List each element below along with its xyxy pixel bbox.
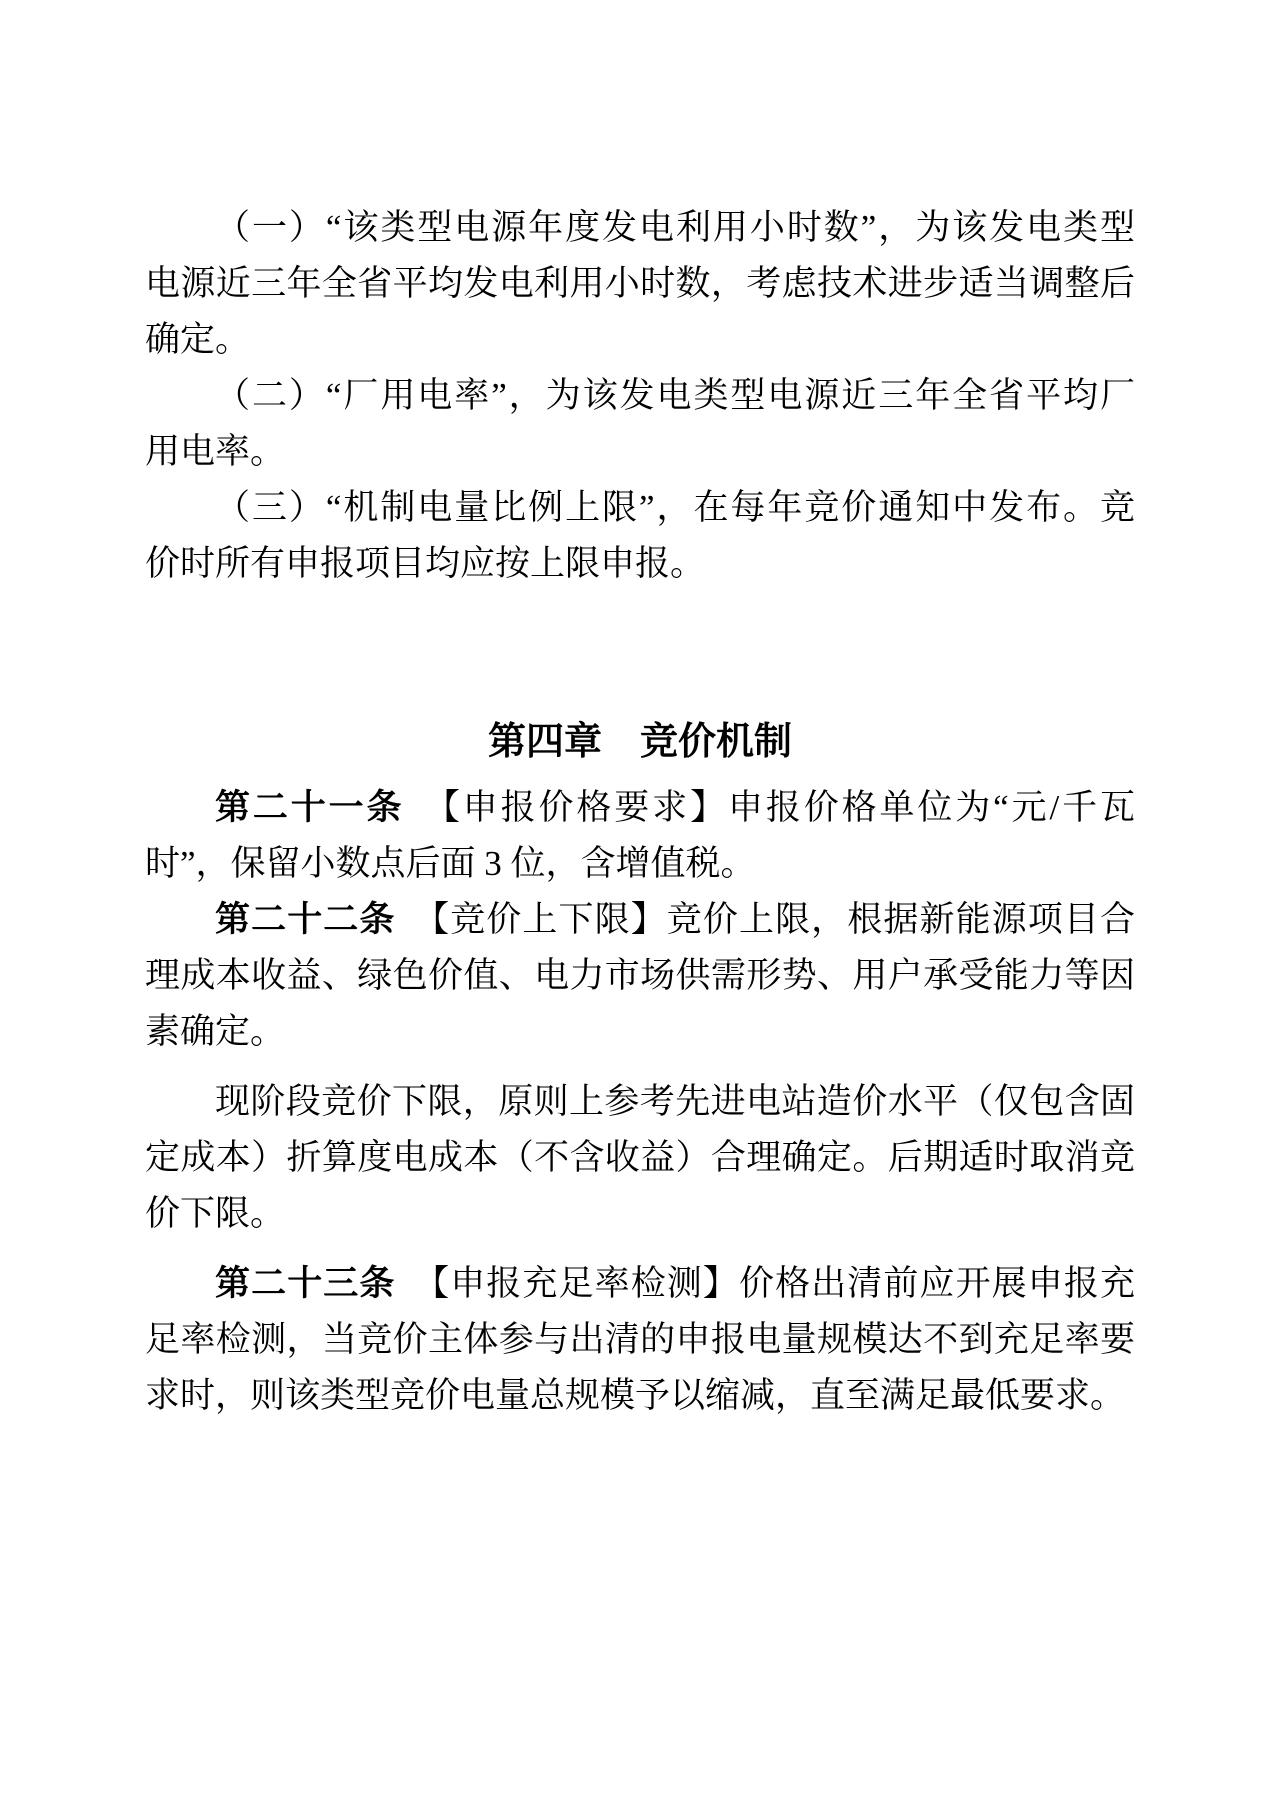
article-22: 第二十二条 【竞价上下限】竞价上限，根据新能源项目合 理成本收益、绿色价值、电力… — [145, 892, 1135, 1060]
document-page: （一）“该类型电源年度发电利用小时数”，为该发电类型 电源近三年全省平均发电利用… — [0, 0, 1280, 1810]
article-number: 第二十三条 — [215, 1264, 396, 1303]
line-text: 【申报价格要求】申报价格单位为“元/千瓦 — [404, 788, 1135, 827]
article-21: 第二十一条 【申报价格要求】申报价格单位为“元/千瓦 时”，保留小数点后面 3 … — [145, 780, 1135, 892]
text-line: 定成本）折算度电成本（不含收益）合理确定。后期适时取消竞 — [145, 1130, 1135, 1186]
text-line: （一）“该类型电源年度发电利用小时数”，为该发电类型 — [145, 200, 1135, 256]
paragraph-item-3: （三）“机制电量比例上限”，在每年竞价通知中发布。竞 价时所有申报项目均应按上限… — [145, 480, 1135, 592]
line-text: 【竞价上下限】竞价上限，根据新能源项目合 — [396, 900, 1135, 939]
text-line: （三）“机制电量比例上限”，在每年竞价通知中发布。竞 — [145, 480, 1135, 536]
article-23: 第二十三条 【申报充足率检测】价格出清前应开展申报充 足率检测，当竞价主体参与出… — [145, 1256, 1135, 1424]
text-line: 第二十三条 【申报充足率检测】价格出清前应开展申报充 — [145, 1256, 1135, 1312]
text-line: 价下限。 — [145, 1186, 1135, 1242]
text-line: 第二十二条 【竞价上下限】竞价上限，根据新能源项目合 — [145, 892, 1135, 948]
text-line: 现阶段竞价下限，原则上参考先进电站造价水平（仅包含固 — [145, 1074, 1135, 1130]
paragraph-item-7: 现阶段竞价下限，原则上参考先进电站造价水平（仅包含固 定成本）折算度电成本（不含… — [145, 1074, 1135, 1242]
text-line: 时”，保留小数点后面 3 位，含增值税。 — [145, 836, 1135, 892]
chapter-heading: 第四章 竞价机制 — [145, 712, 1135, 772]
text-line: 求时，则该类型竞价电量总规模予以缩减，直至满足最低要求。 — [145, 1368, 1135, 1424]
text-line: 第二十一条 【申报价格要求】申报价格单位为“元/千瓦 — [145, 780, 1135, 836]
line-text: 【申报充足率检测】价格出清前应开展申报充 — [396, 1264, 1135, 1303]
text-line: 足率检测，当竞价主体参与出清的申报电量规模达不到充足率要 — [145, 1312, 1135, 1368]
article-number: 第二十二条 — [215, 900, 396, 939]
text-line: 电源近三年全省平均发电利用小时数，考虑技术进步适当调整后 — [145, 256, 1135, 312]
text-line: 用电率。 — [145, 424, 1135, 480]
paragraph-item-2: （二）“厂用电率”，为该发电类型电源近三年全省平均厂 用电率。 — [145, 368, 1135, 480]
text-line: 理成本收益、绿色价值、电力市场供需形势、用户承受能力等因 — [145, 948, 1135, 1004]
paragraph-item-1: （一）“该类型电源年度发电利用小时数”，为该发电类型 电源近三年全省平均发电利用… — [145, 200, 1135, 368]
text-line: （二）“厂用电率”，为该发电类型电源近三年全省平均厂 — [145, 368, 1135, 424]
article-number: 第二十一条 — [215, 788, 404, 827]
text-line: 价时所有申报项目均应按上限申报。 — [145, 536, 1135, 592]
text-line: 确定。 — [145, 312, 1135, 368]
text-line: 素确定。 — [145, 1004, 1135, 1060]
